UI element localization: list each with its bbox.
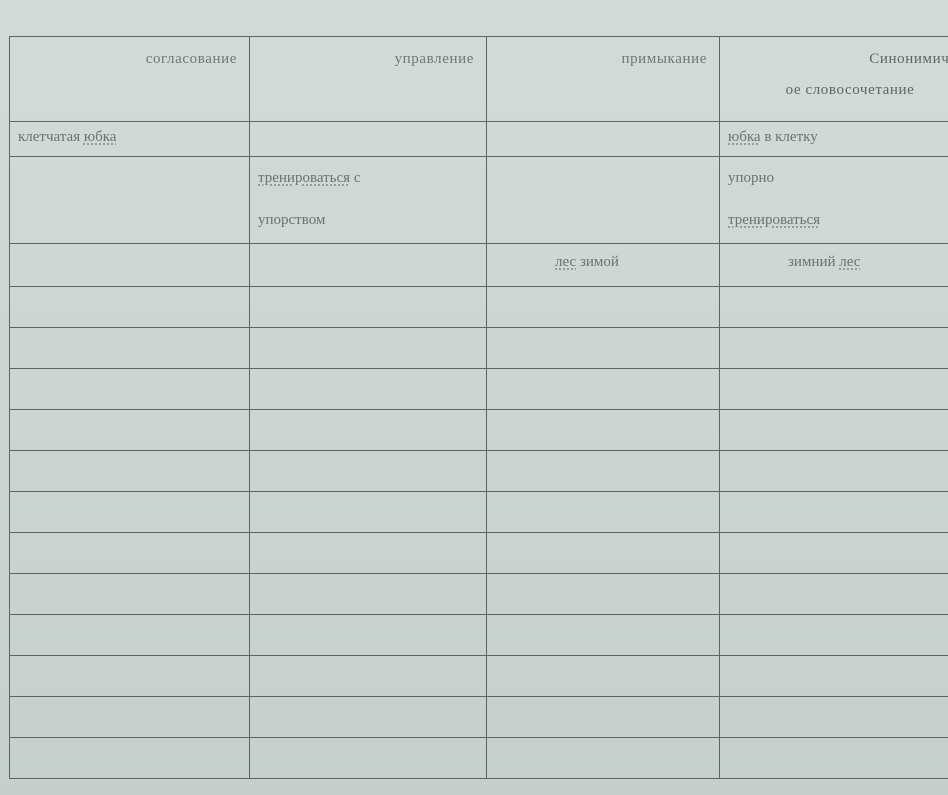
empty-cell-government[interactable] — [250, 615, 487, 656]
table-cell-government[interactable] — [250, 244, 487, 287]
empty-cell-synonymous-phrase[interactable] — [720, 697, 948, 738]
empty-table-row — [10, 574, 948, 615]
header-cell-adjunction: примыкание — [487, 37, 720, 122]
cell-text: юбка в клетку — [728, 122, 948, 152]
table-cell-adjunction[interactable] — [487, 157, 720, 244]
empty-table-row — [10, 451, 948, 492]
empty-cell-adjunction[interactable] — [487, 615, 720, 656]
empty-cell-government[interactable] — [250, 738, 487, 779]
empty-cell-synonymous-phrase[interactable] — [720, 369, 948, 410]
cell-text-line: тренироваться с — [258, 157, 478, 199]
empty-table-row — [10, 287, 948, 328]
header-cell-synonymous-phrase: Синонимичн ое словосочетание — [720, 37, 948, 122]
empty-cell-adjunction[interactable] — [487, 738, 720, 779]
table-cell-agreement[interactable] — [10, 157, 250, 244]
phrase-text: зимний — [788, 254, 839, 270]
empty-cell-agreement[interactable] — [10, 615, 250, 656]
header-label: управление — [258, 37, 478, 79]
empty-table-row — [10, 410, 948, 451]
table-cell-adjunction[interactable] — [487, 122, 720, 157]
worksheet: согласование управление примыкание Синон… — [9, 36, 948, 779]
table-cell-synonymous-phrase[interactable]: юбка в клетку — [720, 122, 948, 157]
underlined-main-word: юбка — [728, 129, 761, 145]
empty-table-row — [10, 369, 948, 410]
empty-cell-synonymous-phrase[interactable] — [720, 410, 948, 451]
header-label: согласование — [18, 37, 241, 79]
empty-cell-adjunction[interactable] — [487, 656, 720, 697]
empty-cell-adjunction[interactable] — [487, 533, 720, 574]
table-header-row: согласование управление примыкание Синон… — [10, 37, 948, 122]
underlined-main-word: тренироваться — [728, 212, 820, 228]
syntax-table: согласование управление примыкание Синон… — [9, 36, 948, 779]
empty-cell-government[interactable] — [250, 697, 487, 738]
header-label-line-2: ое словосочетание — [728, 75, 948, 103]
empty-cell-agreement[interactable] — [10, 451, 250, 492]
empty-table-row — [10, 492, 948, 533]
underlined-main-word: лес — [839, 254, 860, 270]
table-cell-government[interactable] — [250, 122, 487, 157]
empty-cell-synonymous-phrase[interactable] — [720, 574, 948, 615]
empty-cell-synonymous-phrase[interactable] — [720, 615, 948, 656]
header-label: примыкание — [495, 37, 711, 79]
table-row: тренироваться супорствомупорнотренироват… — [10, 157, 948, 244]
empty-cell-synonymous-phrase[interactable] — [720, 738, 948, 779]
empty-table-row — [10, 328, 948, 369]
empty-cell-agreement[interactable] — [10, 328, 250, 369]
empty-cell-synonymous-phrase[interactable] — [720, 328, 948, 369]
empty-cell-synonymous-phrase[interactable] — [720, 492, 948, 533]
table-cell-agreement[interactable]: клетчатая юбка — [10, 122, 250, 157]
empty-cell-adjunction[interactable] — [487, 287, 720, 328]
phrase-text: зимой — [576, 254, 619, 270]
empty-cell-government[interactable] — [250, 492, 487, 533]
table-row: клетчатая юбкаюбка в клетку — [10, 122, 948, 157]
empty-cell-government[interactable] — [250, 410, 487, 451]
cell-text: зимний лес — [728, 244, 948, 280]
table-cell-government[interactable]: тренироваться супорством — [250, 157, 487, 244]
empty-cell-government[interactable] — [250, 656, 487, 697]
phrase-text: клетчатая — [18, 129, 84, 145]
empty-cell-synonymous-phrase[interactable] — [720, 656, 948, 697]
empty-cell-adjunction[interactable] — [487, 328, 720, 369]
empty-cell-agreement[interactable] — [10, 656, 250, 697]
empty-table-row — [10, 738, 948, 779]
empty-cell-agreement[interactable] — [10, 697, 250, 738]
cell-text-line: упорно — [728, 157, 948, 199]
empty-table-row — [10, 697, 948, 738]
empty-cell-adjunction[interactable] — [487, 492, 720, 533]
header-cell-government: управление — [250, 37, 487, 122]
empty-cell-government[interactable] — [250, 574, 487, 615]
empty-cell-adjunction[interactable] — [487, 574, 720, 615]
table-row: лес зимойзимний лес — [10, 244, 948, 287]
cell-text-line: упорством — [258, 199, 478, 241]
table-cell-synonymous-phrase[interactable]: упорнотренироваться — [720, 157, 948, 244]
phrase-text: с — [350, 170, 360, 186]
empty-cell-synonymous-phrase[interactable] — [720, 533, 948, 574]
phrase-text: упорно — [728, 170, 774, 186]
header-cell-agreement: согласование — [10, 37, 250, 122]
empty-cell-government[interactable] — [250, 533, 487, 574]
empty-cell-agreement[interactable] — [10, 287, 250, 328]
empty-cell-agreement[interactable] — [10, 369, 250, 410]
empty-cell-government[interactable] — [250, 451, 487, 492]
empty-cell-government[interactable] — [250, 328, 487, 369]
empty-cell-adjunction[interactable] — [487, 697, 720, 738]
cell-text: лес зимой — [495, 244, 711, 280]
empty-cell-adjunction[interactable] — [487, 451, 720, 492]
cell-text-line: тренироваться — [728, 199, 948, 241]
empty-cell-synonymous-phrase[interactable] — [720, 287, 948, 328]
underlined-main-word: юбка — [84, 129, 117, 145]
table-cell-adjunction[interactable]: лес зимой — [487, 244, 720, 287]
empty-cell-government[interactable] — [250, 287, 487, 328]
table-cell-synonymous-phrase[interactable]: зимний лес — [720, 244, 948, 287]
empty-cell-agreement[interactable] — [10, 492, 250, 533]
empty-cell-adjunction[interactable] — [487, 369, 720, 410]
phrase-text: в клетку — [761, 129, 818, 145]
underlined-main-word: лес — [555, 254, 576, 270]
empty-cell-synonymous-phrase[interactable] — [720, 451, 948, 492]
table-cell-agreement[interactable] — [10, 244, 250, 287]
empty-cell-agreement[interactable] — [10, 574, 250, 615]
underlined-main-word: тренироваться — [258, 170, 350, 186]
empty-cell-agreement[interactable] — [10, 738, 250, 779]
cell-text: клетчатая юбка — [18, 122, 241, 152]
empty-cell-adjunction[interactable] — [487, 410, 720, 451]
empty-table-row — [10, 615, 948, 656]
empty-cell-agreement[interactable] — [10, 410, 250, 451]
empty-cell-government[interactable] — [250, 369, 487, 410]
empty-cell-agreement[interactable] — [10, 533, 250, 574]
phrase-text: упорством — [258, 212, 325, 228]
empty-table-row — [10, 533, 948, 574]
empty-table-row — [10, 656, 948, 697]
header-label-line-1: Синонимичн — [728, 37, 948, 79]
